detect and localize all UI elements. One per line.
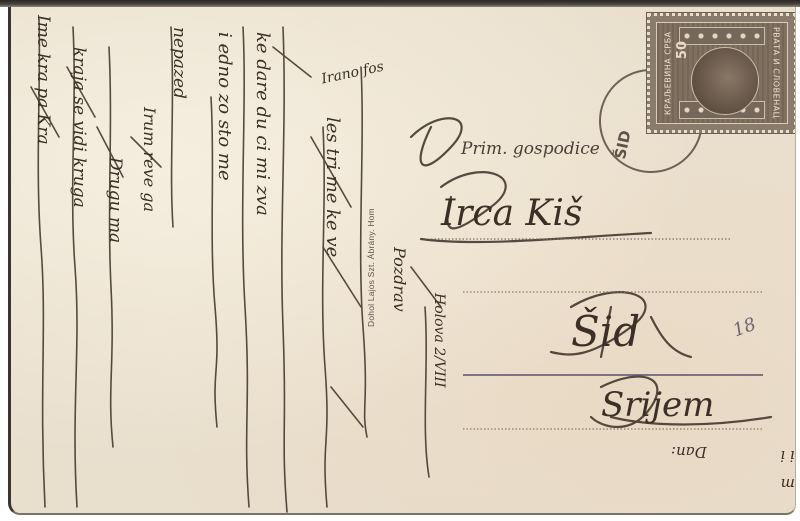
postage-stamp: КРАЉЕВИНА СРБА ХРВАТА И СЛОВЕНАЦА 50 [647, 13, 796, 133]
message-column-8: les tri me ke ve [322, 117, 343, 257]
postcard: Ime kra pa Kra kraja se vidi kruga Drugu… [8, 7, 796, 515]
message-fragment: Irano fos [320, 59, 385, 88]
address-city: Šid [571, 307, 640, 356]
message-date: Holova 2/VIII [431, 293, 447, 388]
message-column-1: Ime kra pa Kra [33, 15, 53, 145]
stamp-portrait-icon [691, 47, 759, 115]
message-signature: Pozdrav [390, 247, 409, 312]
postcard-scan: Ime kra pa Kra kraja se vidi kruga Drugu… [0, 0, 800, 521]
footer-line-3: mnogo pozdravljam [781, 475, 796, 493]
message-column-6: i edno zo sto me [214, 32, 235, 181]
footer-line-2: mnogo vas ljubi i [780, 447, 796, 465]
stamp-frame: КРАЉЕВИНА СРБА ХРВАТА И СЛОВЕНАЦА 50 [656, 22, 788, 124]
scan-top-edge [0, 0, 800, 7]
message-column-5: Irum reve ga [140, 107, 159, 212]
address-salutation: Prim. gospodice [461, 139, 600, 159]
address-region: Srijem [601, 385, 714, 425]
message-column-7: ke dare du ci mi zva [252, 32, 273, 216]
stamp-right-inscription: ХРВАТА И СЛОВЕНАЦА [769, 27, 783, 119]
message-column-3: Drugu ma [105, 157, 125, 243]
stamp-value: 50 [675, 41, 690, 59]
stamp-left-inscription: КРАЉЕВИНА СРБА [661, 27, 675, 119]
message-column-4: nepazed [169, 27, 189, 99]
message-column-2: kraja se vidi kruga [69, 47, 89, 208]
address-annotation: 18 [730, 314, 759, 342]
stamp-ornament-top [679, 27, 765, 45]
publisher-imprint: Dohol Lajos Szt. Ábrány. Hom [366, 208, 376, 327]
footer-line-1: Dan: [671, 443, 707, 461]
address-name: Irca Kiš [441, 193, 582, 234]
